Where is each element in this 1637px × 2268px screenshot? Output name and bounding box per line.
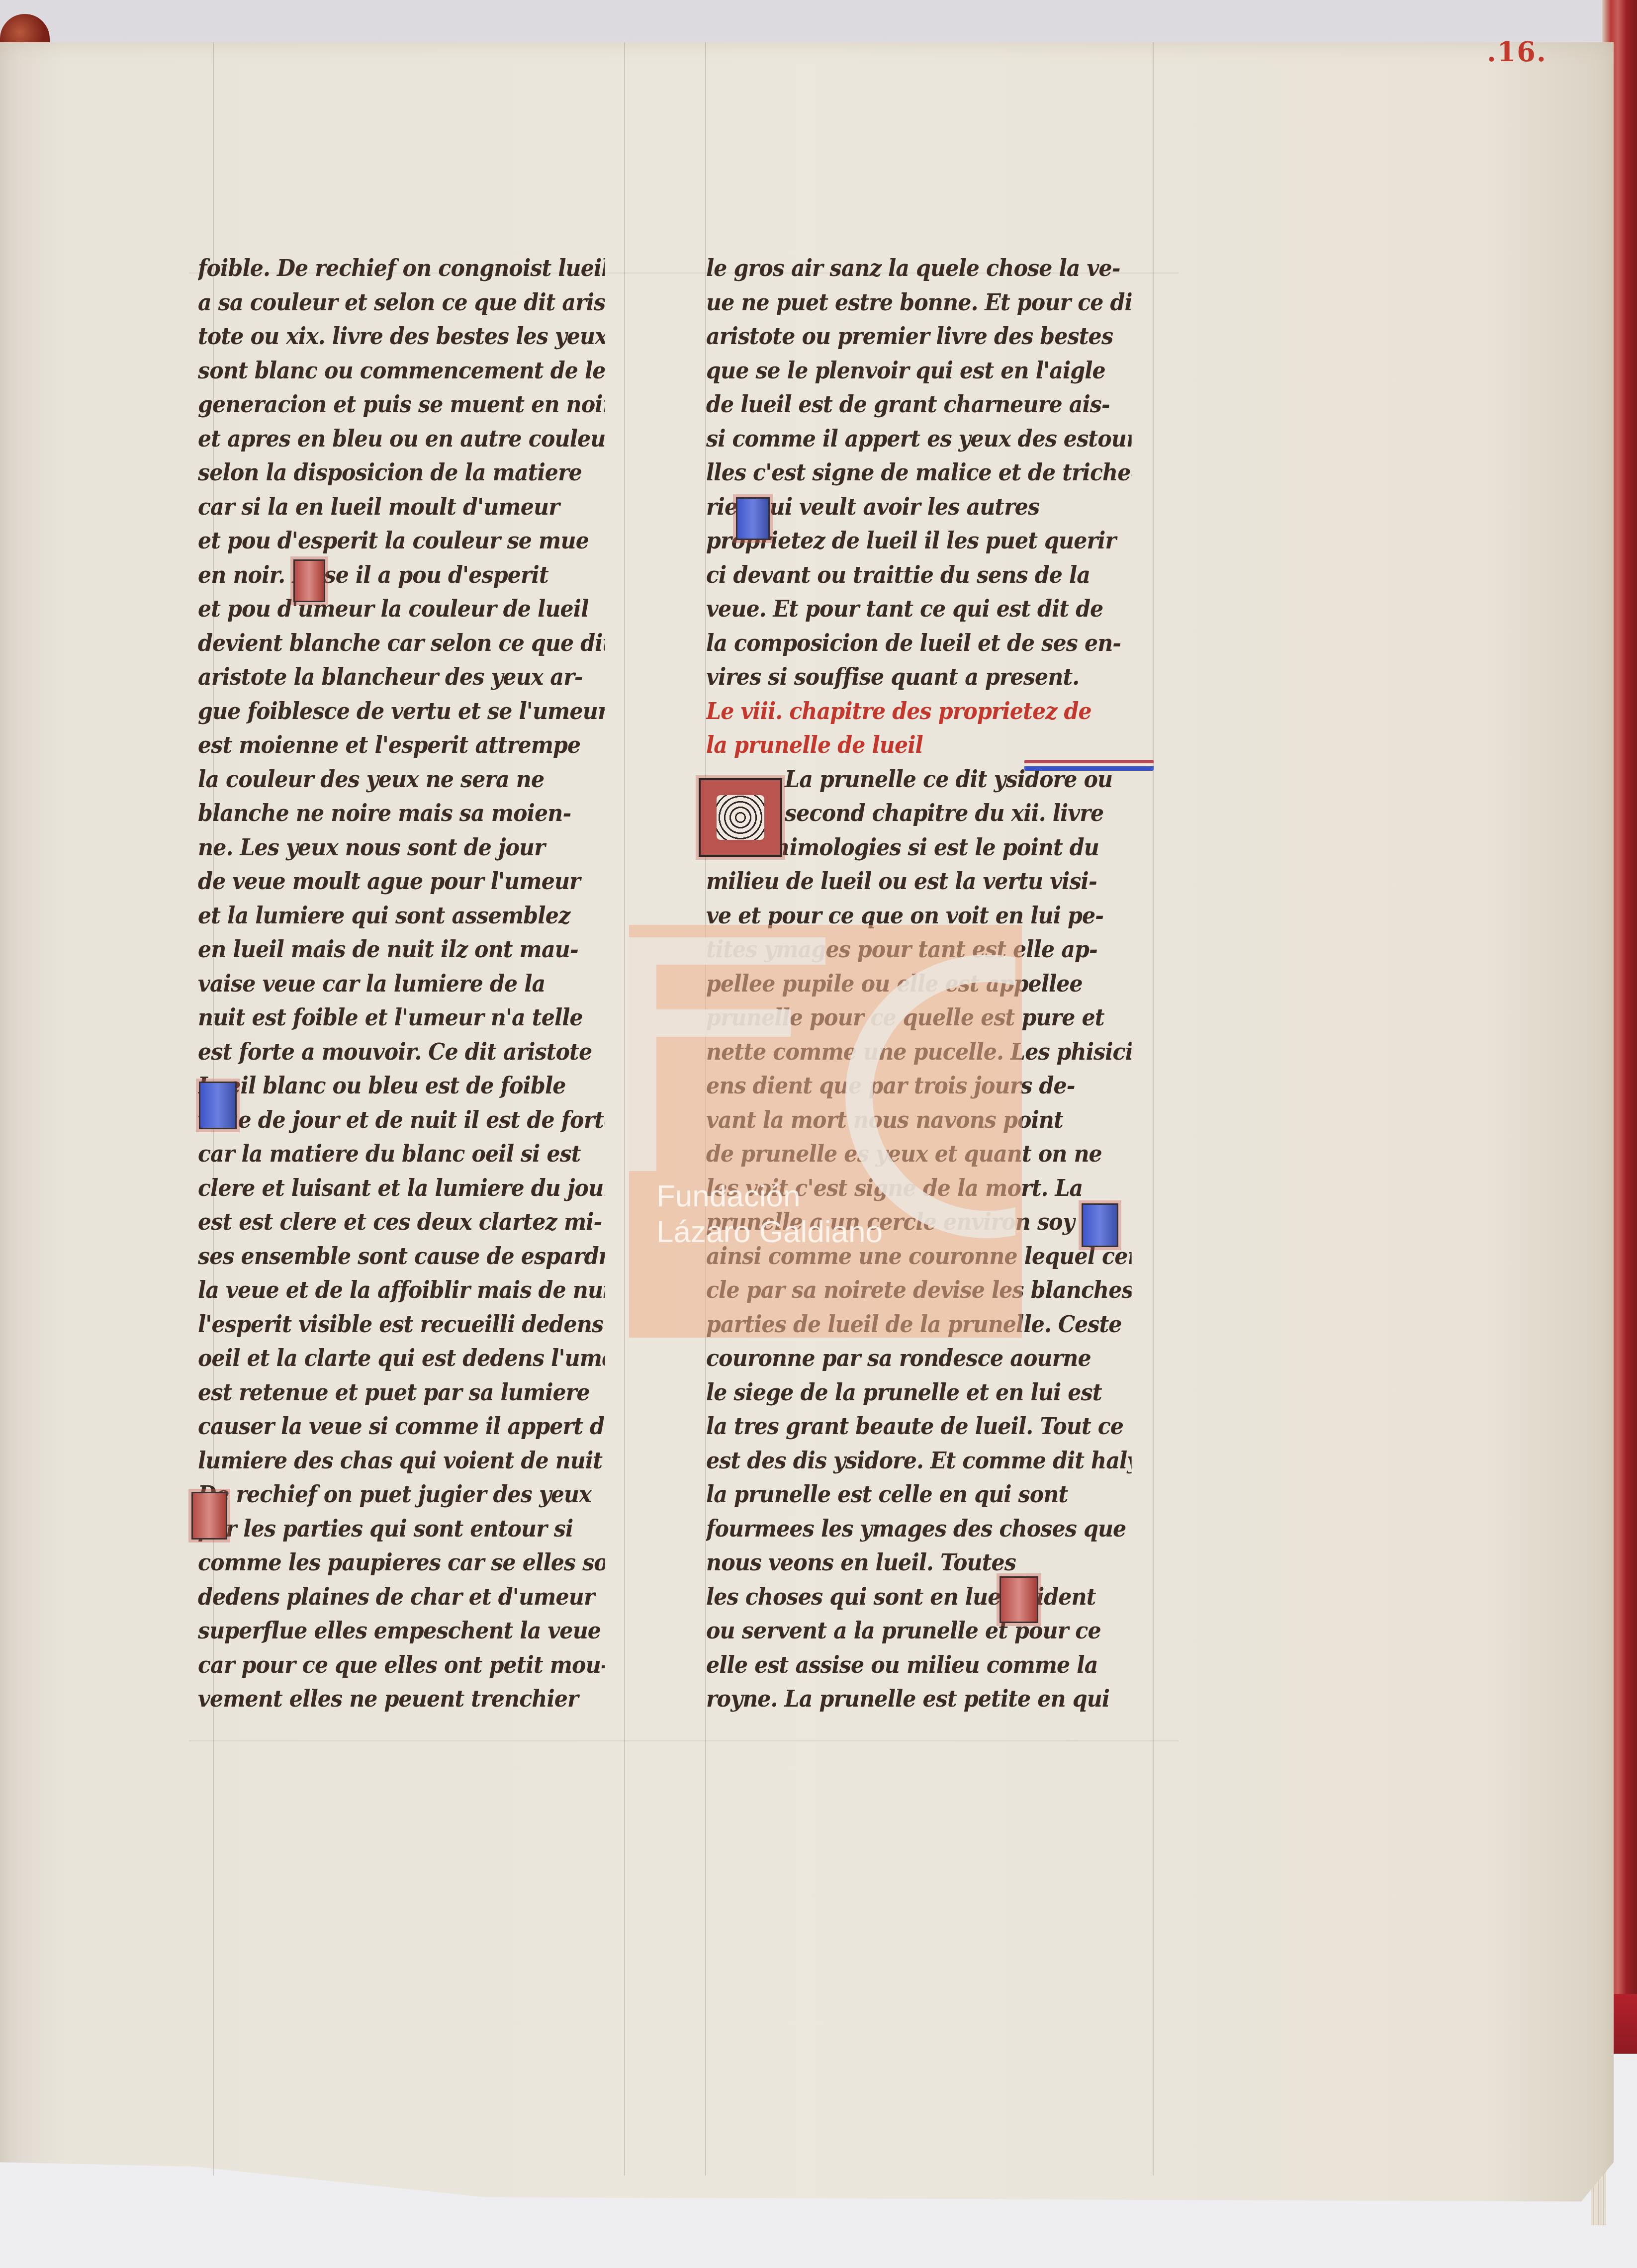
decorated-initial-q-blue <box>736 497 770 540</box>
text-line: de veue moult ague pour l'umeur <box>198 864 605 899</box>
text-line: blanche ne noire mais sa moien- <box>198 796 605 830</box>
text-line: Lueil blanc ou bleu est de foible <box>198 1069 605 1103</box>
text-line: ne. Les yeux nous sont de jour <box>198 830 605 865</box>
text-line: fourmees les ymages des choses que <box>706 1512 1132 1546</box>
text-line: vaise veue car la lumiere de la <box>198 967 605 1001</box>
text-line: ue ne puet estre bonne. Et pour ce dit <box>706 285 1132 320</box>
text-line: la veue et de la affoiblir mais de nuit <box>198 1273 605 1307</box>
text-line: nuit est foible et l'umeur n'a telle <box>198 1000 605 1035</box>
text-line: proprietez de lueil il les puet querir <box>706 524 1132 558</box>
text-line: comme les paupieres car se elles sont <box>198 1545 605 1580</box>
text-line: causer la veue si comme il appert de la <box>198 1409 605 1444</box>
text-line: foible. De rechief on congnoist lueil <box>198 251 605 285</box>
text-line: et pou d'umeur la couleur de lueil <box>198 592 605 626</box>
text-line: couronne par sa rondesce aourne <box>706 1341 1132 1375</box>
text-line: et apres en bleu ou en autre couleur <box>198 422 605 456</box>
text-line: la composicion de lueil et de ses en- <box>706 626 1132 660</box>
watermark-line-1: Fundación <box>656 1179 883 1214</box>
text-line: le siege de la prunelle et en lui est <box>706 1375 1132 1410</box>
text-line: est retenue et puet par sa lumiere <box>198 1375 605 1410</box>
text-line: est forte a mouvoir. Ce dit aristote <box>198 1035 605 1069</box>
text-line: de lueil est de grant charneure ais- <box>706 387 1132 422</box>
text-line: veue. Et pour tant ce qui est dit de <box>706 592 1132 626</box>
text-line: ci devant ou traittie du sens de la <box>706 558 1132 592</box>
text-line: De rechief on puet jugier des yeux <box>198 1477 605 1512</box>
text-line: vement elles ne peuent trenchier <box>198 1682 605 1716</box>
text-line: la couleur des yeux ne sera ne <box>198 762 605 797</box>
watermark-text: Fundación Lázaro Galdiano <box>656 1179 883 1250</box>
text-line: lles c'est signe de malice et de triche- <box>706 455 1132 490</box>
text-line: milieu de lueil ou est la vertu visi- <box>706 864 1132 899</box>
text-line: et pou d'esperit la couleur se mue <box>198 524 605 558</box>
text-line: a sa couleur et selon ce que dit aris- <box>198 285 605 320</box>
text-line: car pour ce que elles ont petit mou- <box>198 1648 605 1682</box>
text-line: oeil et la clarte qui est dedens l'umeur <box>198 1341 605 1375</box>
chapter-rubric: Le viii. chapitre des proprietez de <box>706 694 1132 728</box>
text-line: la prunelle est celle en qui sont <box>706 1477 1132 1512</box>
text-line: est moienne et l'esperit attrempe <box>198 728 605 762</box>
text-line: ses ensemble sont cause de espardre <box>198 1239 605 1273</box>
watermark-line-2: Lázaro Galdiano <box>656 1214 883 1250</box>
decorated-initial-t <box>1000 1576 1038 1623</box>
text-line: tote ou xix. livre des bestes les yeux <box>198 319 605 354</box>
spiral-ornament <box>717 795 764 840</box>
text-line: le gros air sanz la quele chose la ve- <box>706 251 1132 285</box>
text-line: est des dis ysidore. Et comme dit haly <box>706 1444 1132 1478</box>
text-line: selon la disposicion de la matiere <box>198 455 605 490</box>
decorated-initial-d <box>191 1492 227 1540</box>
text-line: royne. La prunelle est petite en qui <box>706 1682 1132 1716</box>
watermark-monogram-f-middle <box>656 1009 791 1037</box>
text-line: les choses qui sont en lueil aident <box>706 1580 1132 1614</box>
text-line: car la matiere du blanc oeil si est <box>198 1137 605 1171</box>
text-line: en lueil mais de nuit ilz ont mau- <box>198 932 605 967</box>
text-line: elle est assise ou milieu comme la <box>706 1648 1132 1682</box>
text-line: en noir. Et se il a pou d'esperit <box>198 558 605 592</box>
text-line: dedens plaines de char et d'umeur <box>198 1580 605 1614</box>
text-line: que se le plenvoir qui est en l'aigle <box>706 354 1132 388</box>
text-line: generacion et puis se muent en noir <box>198 387 605 422</box>
text-column-left: foible. De rechief on congnoist lueil a … <box>198 251 636 1716</box>
text-line: car si la en lueil moult d'umeur <box>198 490 605 524</box>
text-line: sont blanc ou commencement de leur <box>198 354 605 388</box>
decorated-initial-l-blue <box>199 1082 237 1129</box>
folio-number: .16. <box>1487 36 1547 68</box>
text-line: par les parties qui sont entour si <box>198 1512 605 1546</box>
text-line: gue foiblesce de vertu et se l'umeur <box>198 694 605 728</box>
text-line: aristote ou premier livre des bestes <box>706 319 1132 354</box>
text-line: l'esperit visible est recueilli dedens l… <box>198 1307 605 1342</box>
text-line: superflue elles empeschent la veue <box>198 1614 605 1648</box>
text-line: ou servent a la prunelle et pour ce <box>706 1614 1132 1648</box>
text-line: lumiere des chas qui voient de nuit <box>198 1444 605 1478</box>
text-line: veue de jour et de nuit il est de forte <box>198 1103 605 1137</box>
watermark-monogram-f-top <box>656 937 825 965</box>
text-line: et la lumiere qui sont assemblez <box>198 899 605 933</box>
ruling-horizontal-bottom <box>189 1740 1179 1741</box>
chapter-rubric: la prunelle de lueil <box>706 728 1132 762</box>
line-filler-ornament <box>1024 760 1154 771</box>
text-line: aristote la blancheur des yeux ar- <box>198 660 605 694</box>
text-line: clere et luisant et la lumiere du jour <box>198 1171 605 1205</box>
decorated-initial-l-blue-2 <box>1082 1203 1118 1247</box>
text-line: est est clere et ces deux clartez mi- <box>198 1205 605 1239</box>
text-line: devient blanche car selon ce que dit <box>198 626 605 660</box>
decorated-initial-l-spiral <box>699 778 782 857</box>
watermark-monogram-f <box>629 937 656 1171</box>
text-line: nous veons en lueil. Toutes <box>706 1545 1132 1580</box>
text-line: rie. Qui veult avoir les autres <box>706 490 1132 524</box>
text-line: si comme il appert es yeux des estour- <box>706 422 1132 456</box>
decorated-initial-e <box>293 559 325 602</box>
text-line: la tres grant beaute de lueil. Tout ce <box>706 1409 1132 1444</box>
text-line: vires si souffise quant a present. <box>706 660 1132 694</box>
